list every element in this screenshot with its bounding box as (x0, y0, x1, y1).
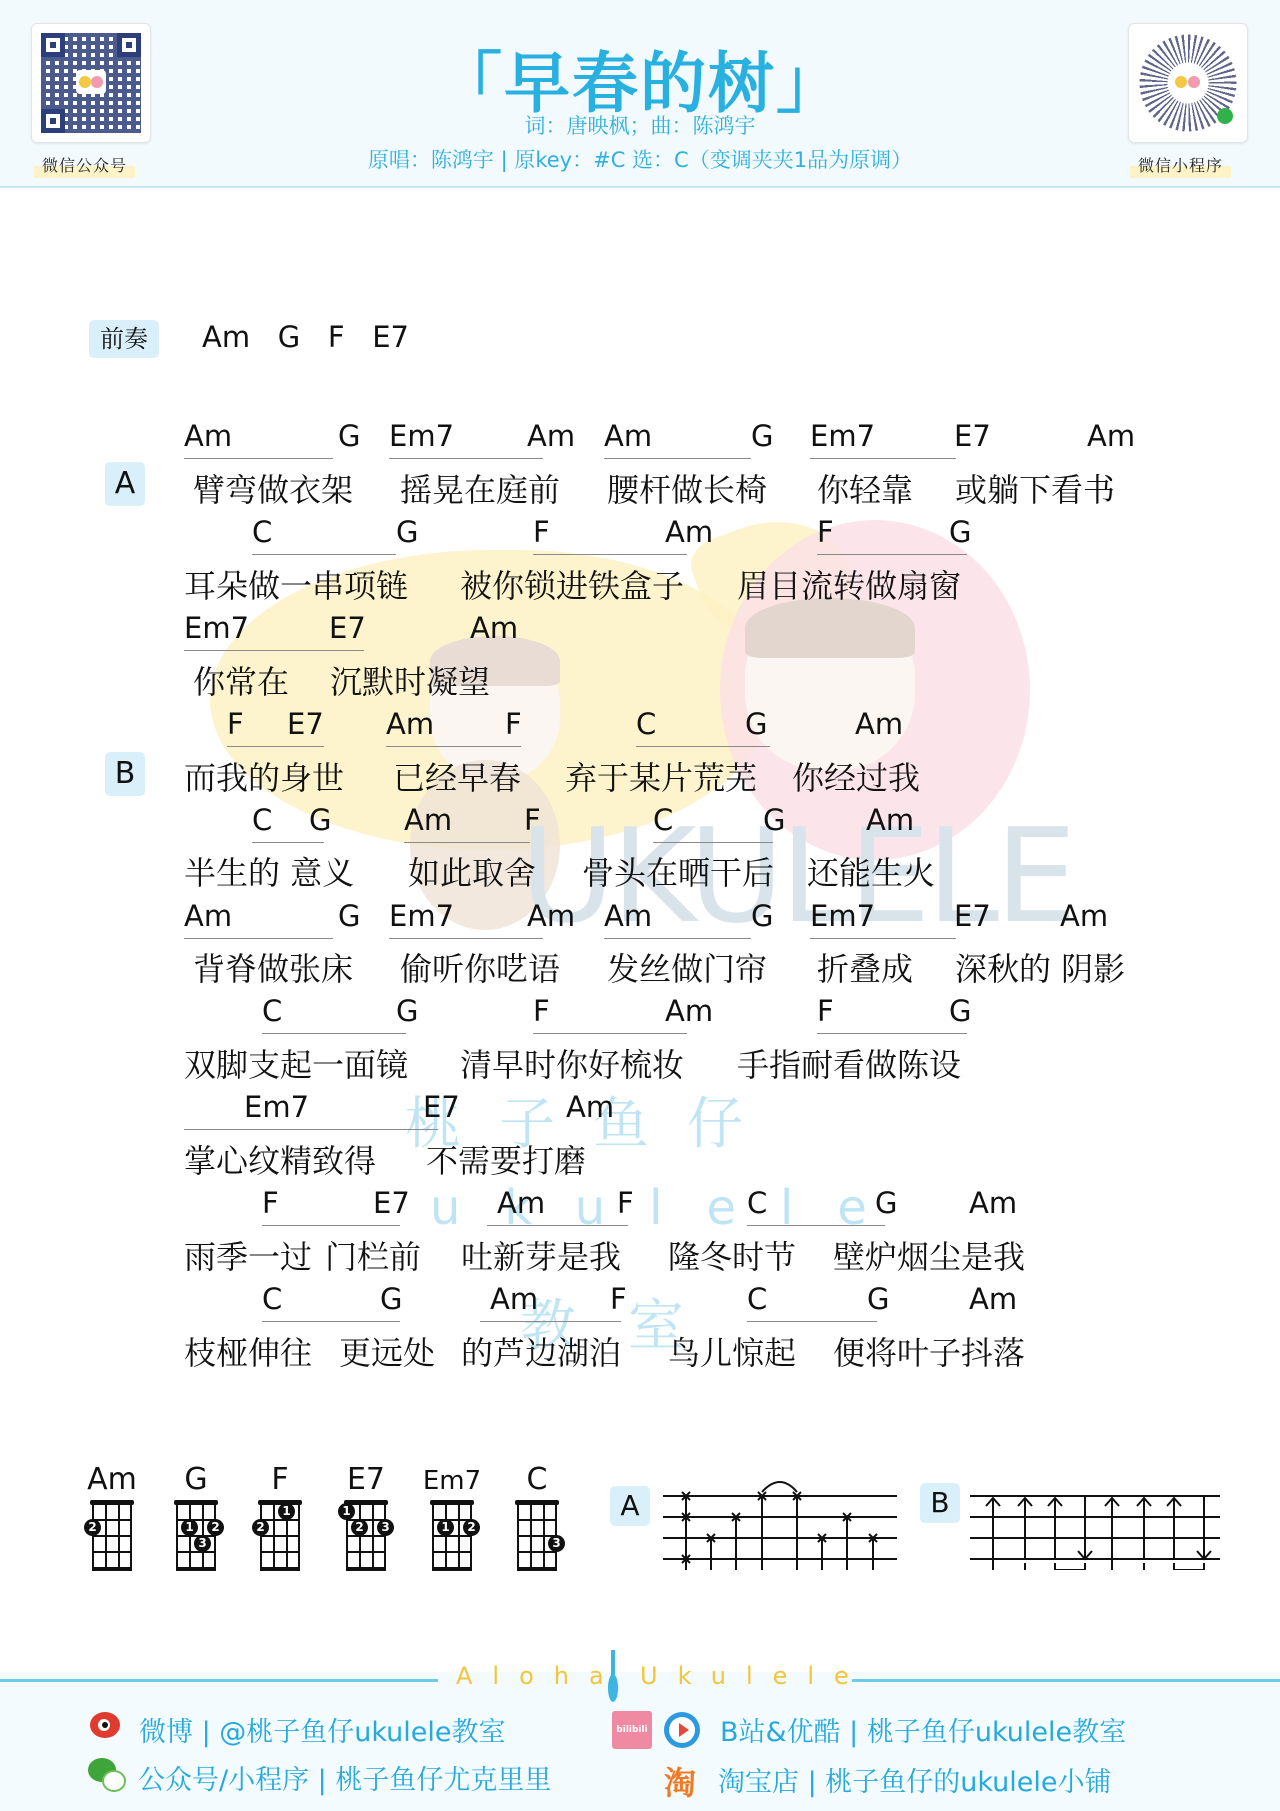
chord-diagram-name: F (250, 1462, 310, 1497)
chord-symbol: G (338, 419, 360, 453)
lyric-phrase: 你经过我 (792, 753, 920, 799)
chord-underline (604, 938, 751, 939)
lyric-phrase: 隆冬时节 (668, 1232, 796, 1278)
chord-diagram-name: Em7 (422, 1466, 482, 1496)
lyric-phrase: 手指耐看做陈设 (737, 1040, 961, 1086)
finger-dot: 3 (377, 1519, 394, 1536)
chord-symbol: Em7 (184, 611, 249, 645)
lyric-phrase: 雨季一过 (184, 1232, 312, 1278)
chord-symbol: E7 (954, 419, 991, 453)
chord-underline (810, 458, 956, 459)
chord-symbol: F (617, 1186, 634, 1220)
chord-underline (184, 650, 364, 651)
lyric-phrase: 还能生火 (807, 848, 935, 894)
finger-dot: 2 (252, 1519, 269, 1536)
rhythm-b-pattern (970, 1470, 1220, 1570)
chord-symbol: G (763, 803, 785, 837)
chord-symbol: E7 (287, 707, 324, 741)
finger-dot: 2 (463, 1519, 480, 1536)
lyric-phrase: 深秋的 阴影 (955, 944, 1125, 990)
chord-symbol: Am (470, 611, 518, 645)
lyric-phrase: 折叠成 (817, 944, 913, 990)
chord-symbol: C (262, 994, 282, 1028)
chord-underline (252, 842, 324, 843)
chord-symbol: G (396, 515, 418, 549)
chord-symbol: F (817, 994, 834, 1028)
chord-symbol: F (533, 994, 550, 1028)
chord-symbol: E7 (423, 1090, 460, 1124)
chord-underline (810, 938, 956, 939)
lyric-phrase: 壁炉烟尘是我 (833, 1232, 1025, 1278)
rhythm-a-pattern (660, 1470, 900, 1570)
lyric-phrase: 如此取舍 (408, 848, 536, 894)
chord-diagram-fretboard (92, 1503, 132, 1571)
lyric-phrase: 更远处 (339, 1328, 435, 1374)
chord-symbol: G (751, 419, 773, 453)
chord-underline (533, 1033, 687, 1034)
lyric-phrase: 发丝做门帘 (607, 944, 767, 990)
chord-symbol: F (505, 707, 522, 741)
chord-underline (252, 554, 396, 555)
song-info: 原唱：陈鸿宇 | 原key：#C 选：C（变调夹夹1品为原调） (0, 144, 1280, 174)
chord-symbol: F (227, 707, 244, 741)
chord-symbol: Am (855, 707, 903, 741)
chord-symbol: G (875, 1186, 897, 1220)
wechat-link[interactable]: 公众号/小程序 | 桃子鱼仔尤克里里 (138, 1758, 551, 1797)
chord-symbol: Am (497, 1186, 545, 1220)
chord-symbol: F (610, 1282, 627, 1316)
chord-underline (817, 1033, 967, 1034)
chord-symbol: E7 (373, 1186, 410, 1220)
chord-symbol: Am (604, 899, 652, 933)
lyric-phrase: 鸟儿惊起 (668, 1328, 796, 1374)
ukulele-icon (608, 1650, 618, 1702)
chord-symbol: Am (604, 419, 652, 453)
chord-symbol: C (653, 803, 673, 837)
chord-symbol: C (252, 803, 272, 837)
chord-symbol: Am (665, 515, 713, 549)
chord-symbol: G (949, 994, 971, 1028)
chord-symbol: Am (969, 1282, 1017, 1316)
chord-diagram-name: C (507, 1462, 567, 1497)
chord-underline (389, 458, 543, 459)
rhythm-b-tag: B (920, 1483, 960, 1523)
finger-dot: 2 (84, 1519, 101, 1536)
chord-symbol: Am (527, 419, 575, 453)
lyric-phrase: 枝桠伸往 (184, 1328, 312, 1374)
chord-symbol: Am (1087, 419, 1135, 453)
section-b-tag: B (105, 752, 145, 796)
intro-chords: Am G F E7 (202, 320, 409, 354)
footer-divider-right (852, 1679, 1280, 1682)
boy-hair-illustration (745, 598, 915, 658)
chord-diagram-name: E7 (336, 1462, 396, 1497)
finger-dot: 1 (181, 1519, 198, 1536)
chord-underline (262, 1321, 400, 1322)
chord-underline (533, 554, 687, 555)
chord-underline (184, 938, 333, 939)
aloha-text: Aloha (456, 1662, 624, 1690)
lyric-phrase: 你轻靠 (817, 465, 913, 511)
footer-divider-left (0, 1679, 438, 1682)
rhythm-a-tag: A (610, 1486, 650, 1526)
chord-symbol: C (636, 707, 656, 741)
lyric-phrase: 弃于某片荒芜 (565, 753, 757, 799)
section-a-tag: A (105, 462, 145, 506)
lyric-phrase: 耳朵做一串项链 (184, 561, 408, 607)
chord-symbol: Am (527, 899, 575, 933)
lyric-phrase: 眉目流转做扇窗 (737, 561, 961, 607)
chord-symbol: F (524, 803, 541, 837)
chord-underline (262, 1033, 406, 1034)
lyric-phrase: 已经早春 (393, 753, 521, 799)
chord-symbol: G (396, 994, 418, 1028)
chord-symbol: Am (665, 994, 713, 1028)
lyric-phrase: 便将叶子抖落 (833, 1328, 1025, 1374)
finger-dot: 3 (194, 1535, 211, 1552)
lyric-phrase: 的芦边湖泊 (461, 1328, 621, 1374)
chord-symbol: Em7 (810, 899, 875, 933)
chord-underline (184, 458, 333, 459)
chord-symbol: G (338, 899, 360, 933)
weibo-icon (90, 1712, 120, 1738)
chord-underline (747, 1321, 877, 1322)
lyric-phrase: 臂弯做衣架 (193, 465, 353, 511)
chord-underline (227, 746, 324, 747)
lyric-phrase: 摇晃在庭前 (400, 465, 560, 511)
lyric-phrase: 被你锁进铁盒子 (460, 561, 684, 607)
chord-symbol: G (867, 1282, 889, 1316)
lyric-phrase: 半生的 意义 (184, 848, 354, 894)
chord-symbol: F (533, 515, 550, 549)
lyric-phrase: 腰杆做长椅 (607, 465, 767, 511)
taobao-link[interactable]: 淘宝店 | 桃子鱼仔的ukulele小铺 (718, 1760, 1112, 1799)
lyric-phrase: 偷听你呓语 (400, 944, 560, 990)
bilibili-icon: bilibili (612, 1711, 652, 1749)
chord-symbol: Am (969, 1186, 1017, 1220)
chord-symbol: G (380, 1282, 402, 1316)
bilibili-youku-link[interactable]: B站&优酷 | 桃子鱼仔ukulele教室 (720, 1710, 1126, 1749)
chord-symbol: G (309, 803, 331, 837)
chord-symbol: G (949, 515, 971, 549)
lyric-phrase: 或躺下看书 (955, 465, 1115, 511)
wechat-icon (88, 1758, 128, 1794)
lyric-phrase: 而我的身世 (184, 753, 344, 799)
chord-underline (184, 1129, 438, 1130)
chord-symbol: E7 (954, 899, 991, 933)
youku-icon (664, 1712, 700, 1748)
chord-underline (386, 746, 521, 747)
lyric-phrase: 骨头在晒干后 (582, 848, 774, 894)
lyric-phrase: 双脚支起一面镜 (184, 1040, 408, 1086)
chord-diagram-fretboard (432, 1503, 472, 1571)
chord-underline (604, 458, 751, 459)
chord-symbol: Em7 (389, 899, 454, 933)
finger-dot: 1 (278, 1503, 295, 1520)
ukulele-text: Ukulele (640, 1662, 869, 1690)
chord-underline (262, 1225, 400, 1226)
lyric-phrase: 不需要打磨 (426, 1136, 586, 1182)
chord-underline (636, 746, 770, 747)
chord-underline (404, 842, 530, 843)
chord-symbol: F (817, 515, 834, 549)
lyric-phrase: 你常在 (193, 657, 289, 703)
chord-symbol: E7 (329, 611, 366, 645)
lyric-phrase: 掌心纹精致得 (184, 1136, 376, 1182)
finger-dot: 1 (338, 1503, 355, 1520)
chord-underline (389, 938, 543, 939)
intro-tag: 前奏 (89, 320, 159, 358)
chord-symbol: Am (184, 419, 232, 453)
chord-symbol: Am (1060, 899, 1108, 933)
chord-diagram-name: G (166, 1462, 226, 1497)
finger-dot: 1 (437, 1519, 454, 1536)
lyric-phrase: 门栏前 (325, 1232, 421, 1278)
chord-symbol: C (252, 515, 272, 549)
lyric-phrase: 吐新芽是我 (461, 1232, 621, 1278)
chord-symbol: Am (404, 803, 452, 837)
lyric-phrase: 背脊做张床 (193, 944, 353, 990)
chord-symbol: Am (386, 707, 434, 741)
chord-symbol: Em7 (389, 419, 454, 453)
chord-symbol: C (262, 1282, 282, 1316)
chord-symbol: Am (184, 899, 232, 933)
chord-symbol: Am (490, 1282, 538, 1316)
chord-symbol: F (262, 1186, 279, 1220)
chord-symbol: C (747, 1282, 767, 1316)
chord-underline (487, 1225, 628, 1226)
chord-symbol: G (745, 707, 767, 741)
song-credits: 词：唐映枫；曲：陈鸿宇 (0, 110, 1280, 140)
lyric-phrase: 清早时你好梳妆 (460, 1040, 684, 1086)
chord-diagram-name: Am (82, 1462, 142, 1497)
taobao-icon: 淘 (664, 1758, 696, 1804)
weibo-link[interactable]: 微博 | @桃子鱼仔ukulele教室 (139, 1710, 506, 1749)
finger-dot: 3 (548, 1535, 565, 1552)
chord-underline (480, 1321, 621, 1322)
chord-symbol: Em7 (810, 419, 875, 453)
finger-dot: 2 (351, 1519, 368, 1536)
chord-underline (747, 1225, 885, 1226)
chord-symbol: G (751, 899, 773, 933)
finger-dot: 2 (207, 1519, 224, 1536)
chord-underline (653, 842, 773, 843)
chord-underline (817, 554, 967, 555)
chord-symbol: Em7 (244, 1090, 309, 1124)
lyric-phrase: 沉默时凝望 (330, 657, 490, 703)
chord-symbol: C (747, 1186, 767, 1220)
chord-symbol: Am (866, 803, 914, 837)
chord-symbol: Am (566, 1090, 614, 1124)
